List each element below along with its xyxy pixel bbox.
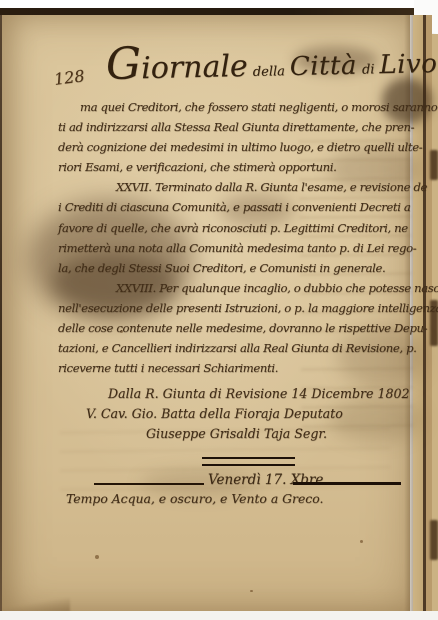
day-heading: Venerdì 17. Xbre	[208, 472, 323, 488]
page-number: 128	[53, 66, 86, 89]
closing-dateline: Dalla R. Giunta di Revisione 14 Dicembre…	[108, 386, 410, 401]
entry-divider-rule	[202, 457, 295, 466]
photo-background-bottom	[0, 611, 438, 620]
manuscript-line: favore di quelle, che avrà riconosciuti …	[58, 218, 414, 238]
title-word: Livorno	[379, 48, 438, 80]
page-title: Giornale della Città di Livorno	[106, 44, 438, 87]
manuscript-line: delle cose contenute nelle medesime, dov…	[58, 318, 414, 338]
day-heading-rule-left	[94, 483, 204, 485]
title-initial: G	[105, 38, 141, 90]
manuscript-line: riceverne tutti i necessari Schiarimenti…	[58, 358, 414, 378]
manuscript-line: XXVII. Terminato dalla R. Giunta l'esame…	[58, 177, 414, 197]
title-word: della	[253, 64, 285, 80]
foxing-speck	[95, 555, 99, 559]
manuscript-line: riori Esami, e verificazioni, che stimer…	[58, 157, 414, 177]
fore-edge-mark	[430, 150, 438, 180]
fore-edge-mark	[430, 520, 438, 560]
manuscript-line: derà cognizione dei medesimi in ultimo l…	[58, 137, 414, 157]
manuscript-line: tazioni, e Cancellieri indirizzarsi alla…	[58, 338, 414, 358]
day-heading-rule-right	[293, 482, 401, 485]
manuscript-photo: 128 Giornale della Città di Livorno ma q…	[0, 0, 438, 620]
gutter-edge	[0, 15, 2, 612]
foxing-speck	[360, 540, 363, 543]
manuscript-line: ti ad indirizzarsi alla Stessa Real Giun…	[58, 117, 414, 137]
title-word: Giornale	[106, 49, 248, 87]
book-cover-edge-top	[0, 8, 416, 15]
signature-segretario: Giuseppe Grisaldi Taja Segr.	[146, 426, 327, 441]
manuscript-line: rimetterà una nota alla Comunità medesim…	[58, 238, 414, 258]
manuscript-lines: ma quei Creditori, che fossero stati neg…	[58, 97, 414, 378]
manuscript-line: la, che degli Stessi Suoi Creditori, e C…	[58, 258, 414, 278]
weather-note: Tempo Acqua, e oscuro, e Vento a Greco.	[66, 491, 323, 506]
manuscript-line: ma quei Creditori, che fossero stati neg…	[58, 97, 414, 117]
signature-deputato: V. Cav. Gio. Batta della Fioraja Deputat…	[86, 406, 343, 421]
page-bottom-corner	[0, 598, 70, 612]
foxing-speck	[250, 590, 253, 592]
manuscript-line: i Crediti di ciascuna Comunità, e passat…	[58, 197, 414, 217]
manuscript-line: XXVIII. Per qualunque incaglio, o dubbio…	[58, 278, 414, 298]
manuscript-line: nell'esecuzione delle presenti Istruzion…	[58, 298, 414, 318]
title-word: Città	[290, 51, 358, 82]
title-word: di	[362, 62, 375, 77]
